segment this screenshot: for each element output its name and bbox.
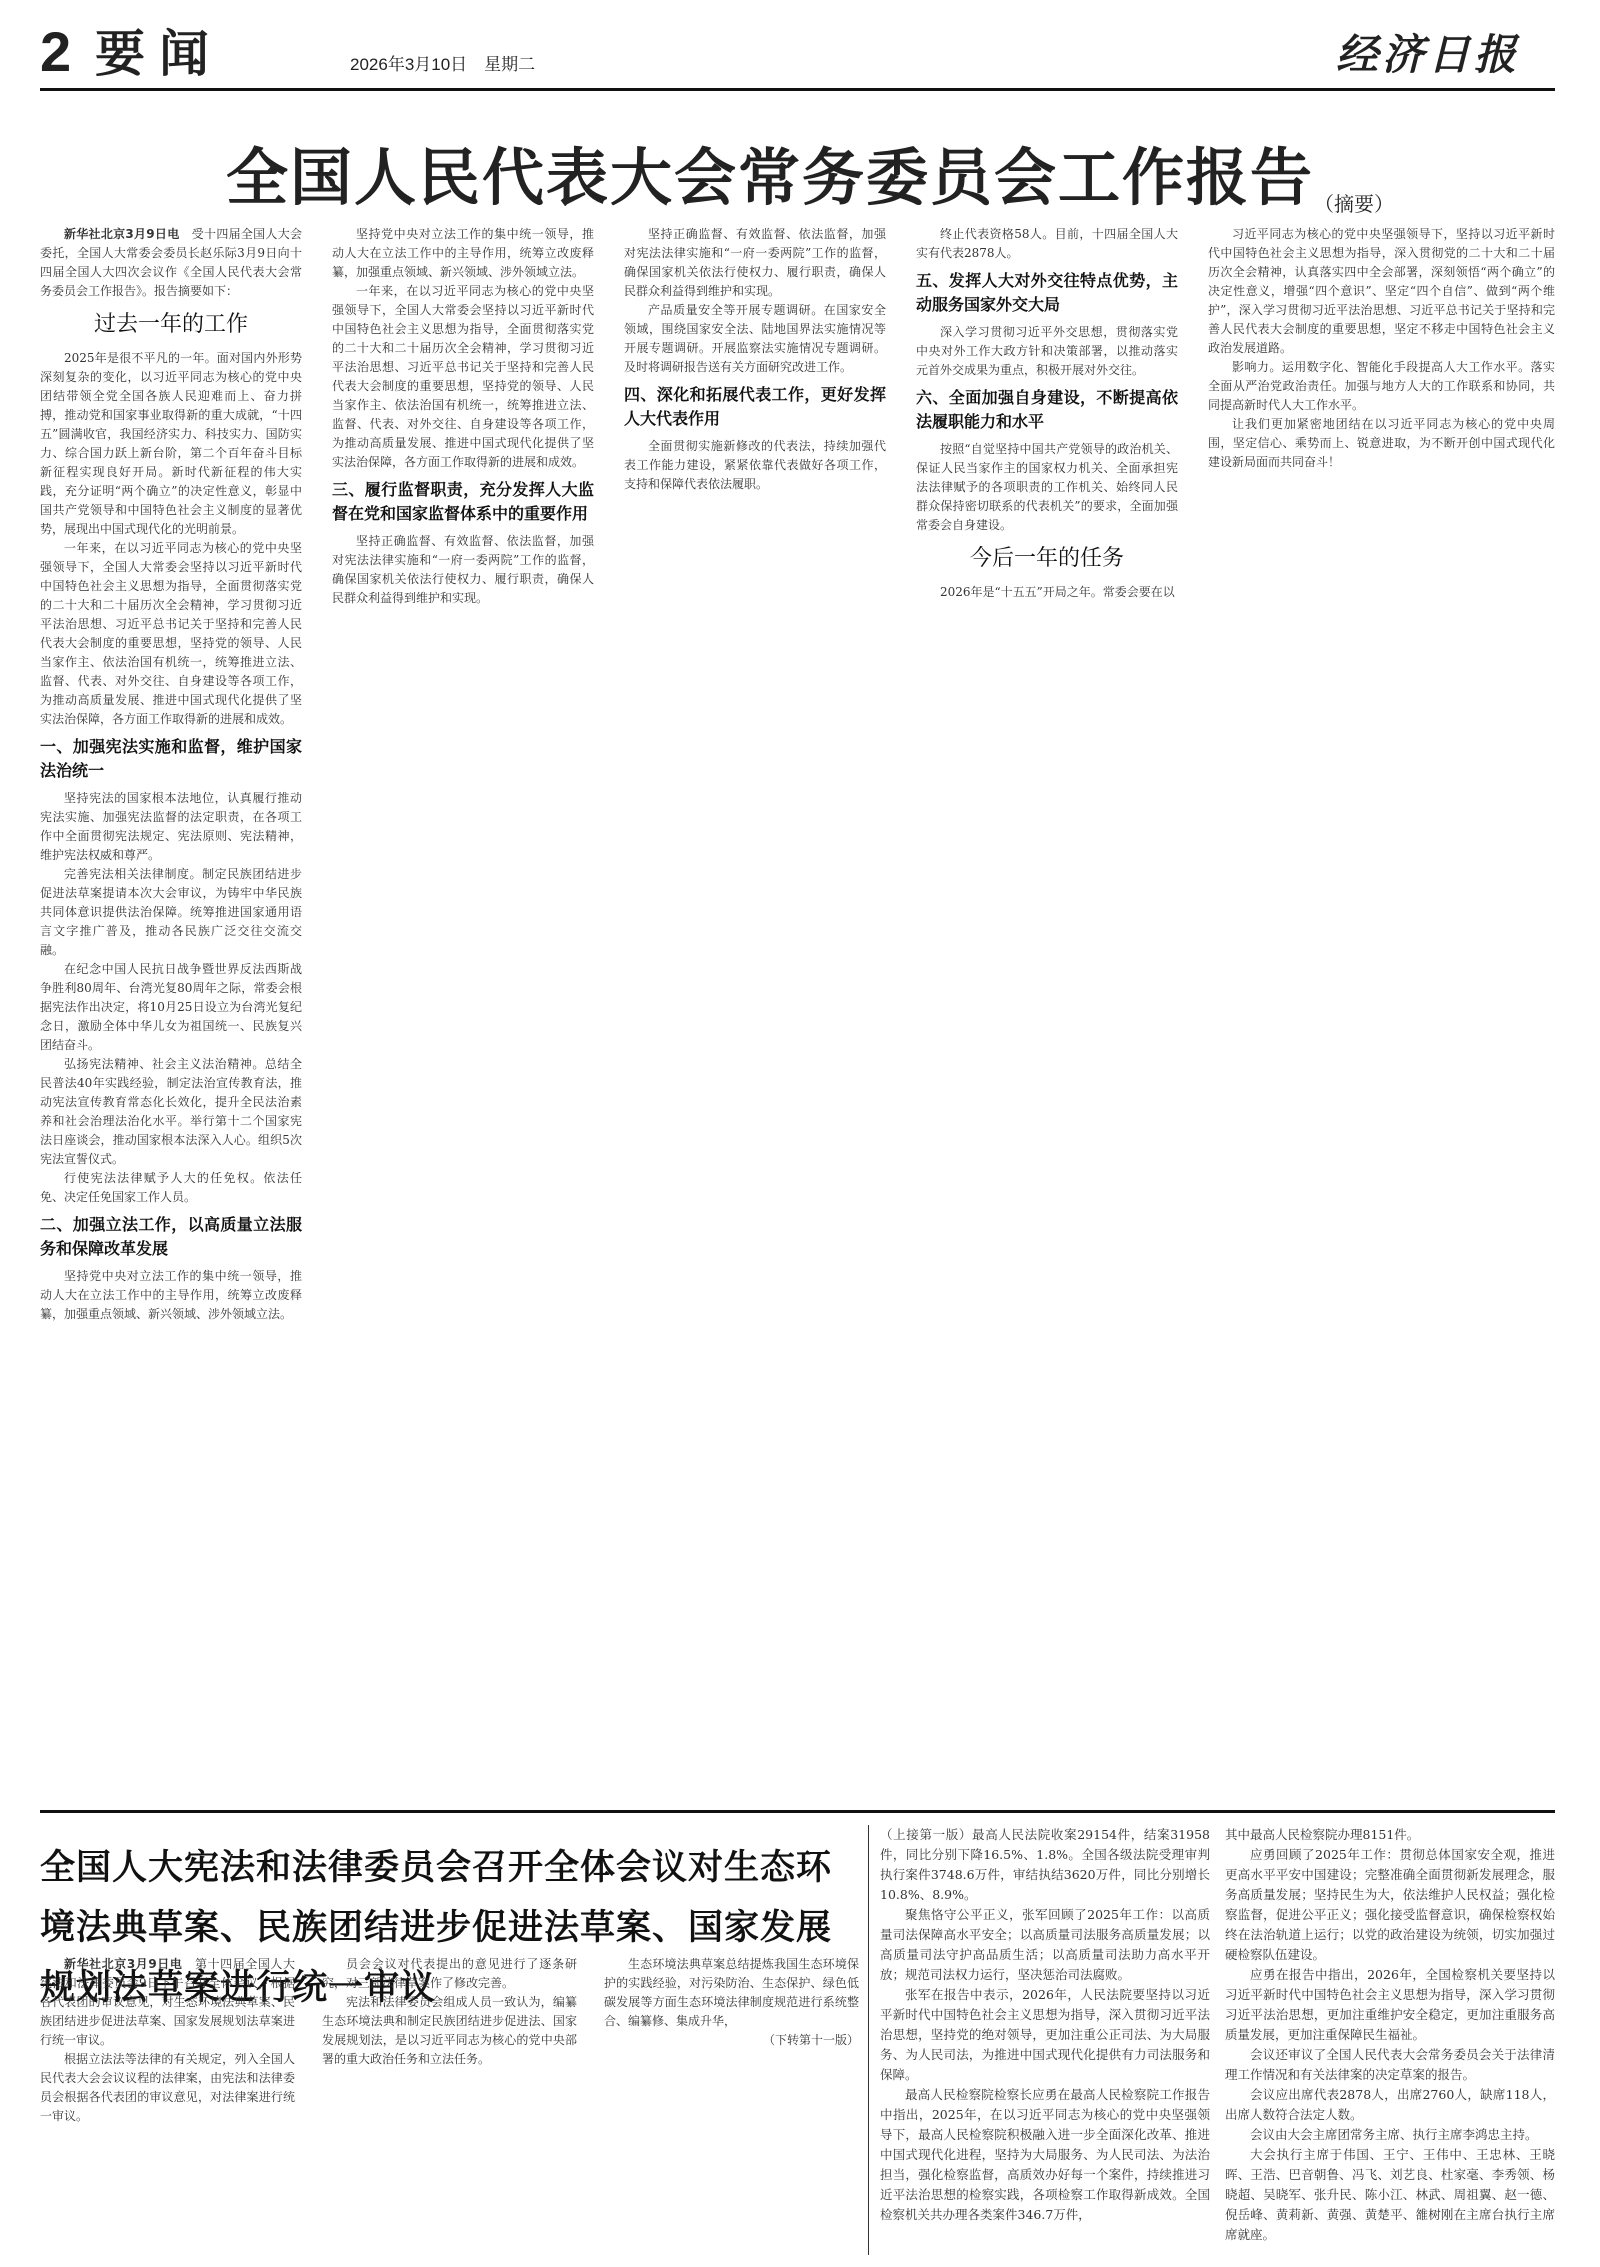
paragraph: 全面贯彻实施新修改的代表法，持续加强代表工作能力建设，紧紧依靠代表做好各项工作，… — [624, 437, 886, 494]
paragraph: 习近平同志为核心的党中央坚强领导下，坚持以习近平新时代中国特色社会主义思想为指导… — [1208, 225, 1555, 358]
paragraph: 按照“自觉坚持中国共产党领导的政治机关、保证人民当家作主的国家权力机关、全面承担… — [916, 440, 1178, 535]
section-title: 要闻 — [95, 26, 223, 82]
paragraph: 坚持正确监督、有效监督、依法监督，加强对宪法法律实施和“一府一委两院”工作的监督… — [624, 225, 886, 301]
right-article-column-1: （上接第一版）最高人民法院收案29154件，结案31958件，同比分别下降16.… — [880, 1825, 1210, 2265]
paragraph: 最高人民检察院检察长应勇在最高人民检察院工作报告中指出，2025年，在以习近平同… — [880, 2085, 1210, 2225]
paragraph: 行使宪法法律赋予人大的任免权。依法任免、决定任免国家工作人员。 — [40, 1169, 302, 1207]
report-column-4: 终止代表资格58人。目前，十四届全国人大实有代表2878人。 五、发挥人大对外交… — [916, 225, 1178, 1795]
report-column-2: 坚持党中央对立法工作的集中统一领导，推动人大在立法工作中的主导作用，统筹立改废释… — [332, 225, 594, 1795]
paragraph: 深入学习贯彻习近平外交思想，贯彻落实党中央对外工作大政方针和决策部署，以推动落实… — [916, 323, 1178, 380]
paragraph: 聚焦恪守公平正义，张军回顾了2025年工作：以高质量司法保障高水平安全；以高质量… — [880, 1905, 1210, 1985]
report-column-1: 新华社北京3月9日电 受十四届全国人大会委托，全国人大常委会委员长赵乐际3月9日… — [40, 225, 302, 1795]
paragraph: 生态环境法典草案总结提炼我国生态环境保护的实践经验，对污染防治、生态保护、绿色低… — [604, 1955, 859, 2031]
newspaper-logo: 经济日报 — [1336, 22, 1520, 82]
paragraph: 张军在报告中表示，2026年，人民法院要坚持以习近平新时代中国特色社会主义思想为… — [880, 1985, 1210, 2085]
paragraph: 2025年是很不平凡的一年。面对国内外形势深刻复杂的变化，以习近平同志为核心的党… — [40, 349, 302, 539]
report-column-5: 习近平同志为核心的党中央坚强领导下，坚持以习近平新时代中国特色社会主义思想为指导… — [1208, 225, 1555, 1795]
paragraph: 坚持党中央对立法工作的集中统一领导，推动人大在立法工作中的主导作用，统筹立改废释… — [332, 225, 594, 282]
masthead: 2 要闻 2026年3月10日 星期二 经济日报 — [40, 0, 1555, 91]
report-column-3: 坚持正确监督、有效监督、依法监督，加强对宪法法律实施和“一府一委两院”工作的监督… — [624, 225, 886, 1795]
dateline: 新华社北京3月9日电 — [64, 227, 179, 241]
paragraph: 坚持宪法的国家根本法地位，认真履行推动宪法实施、加强宪法监督的法定职责，在各项工… — [40, 789, 302, 865]
report-body: 新华社北京3月9日电 受十四届全国人大会委托，全国人大常委会委员长赵乐际3月9日… — [40, 225, 1555, 1795]
section-divider — [40, 1810, 1555, 1813]
paragraph: 员会会议对代表提出的意见进行了逐条研究，对三部法律草案作了修改完善。 — [322, 1955, 577, 1993]
continued-note: （下转第十一版） — [604, 2031, 859, 2050]
part-title: 今后一年的任务 — [916, 543, 1178, 575]
paragraph: 会议应出席代表2878人，出席2760人，缺席118人，出席人数符合法定人数。 — [1225, 2085, 1555, 2125]
paragraph: 会议由大会主席团常务主席、执行主席李鸿忠主持。 — [1225, 2125, 1555, 2145]
page-number: 2 — [40, 22, 71, 82]
paragraph: 一年来，在以习近平同志为核心的党中央坚强领导下，全国人大常委会坚持以习近平新时代… — [332, 282, 594, 472]
paragraph: （上接第一版）最高人民法院收案29154件，结案31958件，同比分别下降16.… — [880, 1825, 1210, 1905]
article-column-1: 新华社北京3月9日电 第十四届全国人大宪法和法律委员会9日下午召开全体会议，根据… — [40, 1955, 295, 2260]
paragraph: 产品质量安全等开展专题调研。在国家安全领域，围绕国家安全法、陆地国界法实施情况等… — [624, 301, 886, 377]
paragraph: 大会执行主席于伟国、王宁、王伟中、王忠林、王晓晖、王浩、巴音朝鲁、冯飞、刘艺良、… — [1225, 2145, 1555, 2245]
paragraph: 根据立法法等法律的有关规定，列入全国人民代表大会会议议程的法律案，由宪法和法律委… — [40, 2050, 295, 2126]
right-article-column-2: 其中最高人民检察院办理8151件。 应勇回顾了2025年工作：贯彻总体国家安全观… — [1225, 1825, 1555, 2265]
headline-title: 全国人民代表大会常务委员会工作报告 — [226, 141, 1314, 214]
dateline: 新华社北京3月9日电 — [64, 1957, 182, 1971]
headline-subtitle: （摘要） — [1314, 192, 1394, 216]
second-article-body: 新华社北京3月9日电 第十四届全国人大宪法和法律委员会9日下午召开全体会议，根据… — [40, 1955, 860, 2260]
paragraph: 影响力。运用数字化、智能化手段提高人大工作水平。落实全面从严治党政治责任。加强与… — [1208, 358, 1555, 415]
article-column-2: 员会会议对代表提出的意见进行了逐条研究，对三部法律草案作了修改完善。 宪法和法律… — [322, 1955, 577, 2260]
section-heading: 六、全面加强自身建设，不断提高依法履职能力和水平 — [916, 386, 1178, 434]
section-heading: 五、发挥人大对外交往特点优势，主动服务国家外交大局 — [916, 269, 1178, 317]
paragraph: 坚持正确监督、有效监督、依法监督，加强对宪法法律实施和“一府一委两院”工作的监督… — [332, 532, 594, 608]
section-heading: 四、深化和拓展代表工作，更好发挥人大代表作用 — [624, 383, 886, 431]
paragraph: 弘扬宪法精神、社会主义法治精神。总结全民普法40年实践经验，制定法治宣传教育法，… — [40, 1055, 302, 1169]
part-title: 过去一年的工作 — [40, 309, 302, 341]
section-heading: 二、加强立法工作，以高质量立法服务和保障改革发展 — [40, 1213, 302, 1261]
main-headline: 全国人民代表大会常务委员会工作报告（摘要） — [100, 128, 1520, 217]
paragraph: 完善宪法相关法律制度。制定民族团结进步促进法草案提请本次大会审议，为铸牢中华民族… — [40, 865, 302, 960]
section-heading: 一、加强宪法实施和监督，维护国家法治统一 — [40, 735, 302, 783]
issue-date: 2026年3月10日 星期二 — [350, 50, 535, 75]
paragraph: 其中最高人民检察院办理8151件。 — [1225, 1825, 1555, 1845]
paragraph: 会议还审议了全国人民代表大会常务委员会关于法律清理工作情况和有关法律案的决定草案… — [1225, 2045, 1555, 2085]
paragraph: 2026年是“十五五”开局之年。常委会要在以 — [916, 583, 1178, 602]
paragraph: 在纪念中国人民抗日战争暨世界反法西斯战争胜利80周年、台湾光复80周年之际，常委… — [40, 960, 302, 1055]
section-heading: 三、履行监督职责，充分发挥人大监督在党和国家监督体系中的重要作用 — [332, 478, 594, 526]
closing-paragraph: 让我们更加紧密地团结在以习近平同志为核心的党中央周围，坚定信心、乘势而上、锐意进… — [1208, 415, 1555, 472]
paragraph: 应勇在报告中指出，2026年，全国检察机关要坚持以习近平新时代中国特色社会主义思… — [1225, 1965, 1555, 2045]
column-divider — [868, 1825, 869, 2255]
paragraph: 坚持党中央对立法工作的集中统一领导，推动人大在立法工作中的主导作用，统筹立改废释… — [40, 1267, 302, 1324]
paragraph: 一年来，在以习近平同志为核心的党中央坚强领导下，全国人大常委会坚持以习近平新时代… — [40, 539, 302, 729]
article-column-3: 生态环境法典草案总结提炼我国生态环境保护的实践经验，对污染防治、生态保护、绿色低… — [604, 1955, 859, 2260]
paragraph: 应勇回顾了2025年工作：贯彻总体国家安全观，推进更高水平平安中国建设；完整准确… — [1225, 1845, 1555, 1965]
paragraph: 宪法和法律委员会组成人员一致认为，编纂生态环境法典和制定民族团结进步促进法、国家… — [322, 1993, 577, 2069]
paragraph: 终止代表资格58人。目前，十四届全国人大实有代表2878人。 — [916, 225, 1178, 263]
